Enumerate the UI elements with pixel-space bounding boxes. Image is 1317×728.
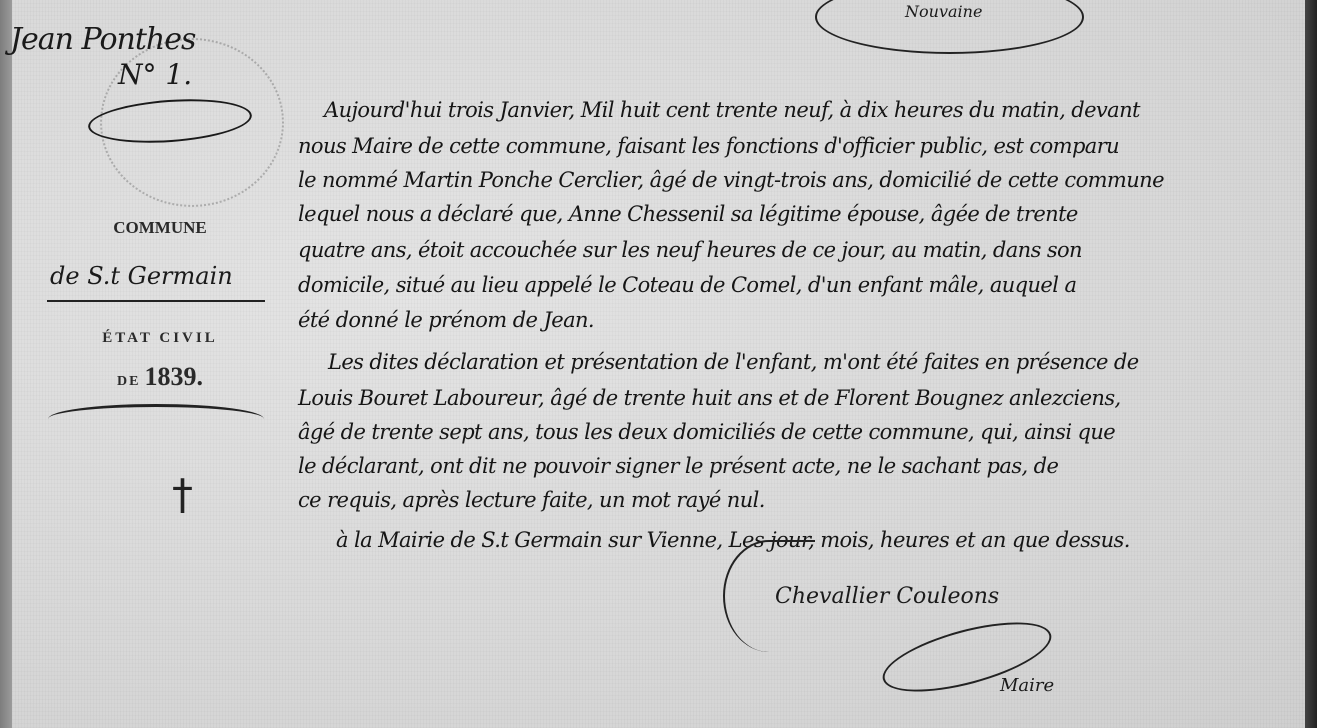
body-line: lequel nous a déclaré que, Anne Chesseni…	[298, 202, 1078, 226]
top-signature: Nouvaine	[905, 2, 982, 21]
margin-child-name: Jean Ponthes	[10, 22, 195, 57]
body-line: ce requis, après lecture faite, un mot r…	[298, 488, 765, 512]
commune-name: de S.t Germain	[50, 262, 233, 290]
body-line: Aujourd'hui trois Janvier, Mil huit cent…	[324, 98, 1140, 122]
year-line: DE 1839.	[60, 362, 260, 392]
year-value: 1839.	[144, 362, 203, 391]
year-prefix: DE	[117, 374, 140, 389]
body-line: quatre ans, étoit accouchée sur les neuf…	[298, 238, 1082, 262]
body-line: âgé de trente sept ans, tous les deux do…	[298, 420, 1115, 444]
mayor-title: Maire	[1000, 675, 1054, 696]
body-line: Les dites déclaration et présentation de…	[328, 350, 1139, 374]
header-divider	[47, 300, 265, 302]
body-line: été donné le prénom de Jean.	[298, 308, 594, 332]
body-line: domicile, situé au lieu appelé le Coteau…	[298, 273, 1076, 297]
body-line: le déclarant, ont dit ne pouvoir signer …	[298, 454, 1058, 478]
body-line: le nommé Martin Ponche Cerclier, âgé de …	[298, 168, 1164, 192]
margin-record-number: N° 1.	[118, 58, 192, 91]
body-line: à la Mairie de S.t Germain sur Vienne, L…	[336, 528, 1130, 552]
mayor-signature: Chevallier Couleons	[775, 584, 999, 609]
body-line: nous Maire de cette commune, faisant les…	[298, 134, 1119, 158]
body-line: Louis Bouret Laboureur, âgé de trente hu…	[298, 386, 1121, 410]
right-binding-edge	[1305, 0, 1317, 728]
etat-civil-label: ÉTAT CIVIL	[60, 330, 260, 347]
commune-label: COMMUNE	[60, 218, 260, 238]
cross-mark-icon: †	[172, 470, 193, 519]
left-binding-edge	[0, 0, 12, 728]
